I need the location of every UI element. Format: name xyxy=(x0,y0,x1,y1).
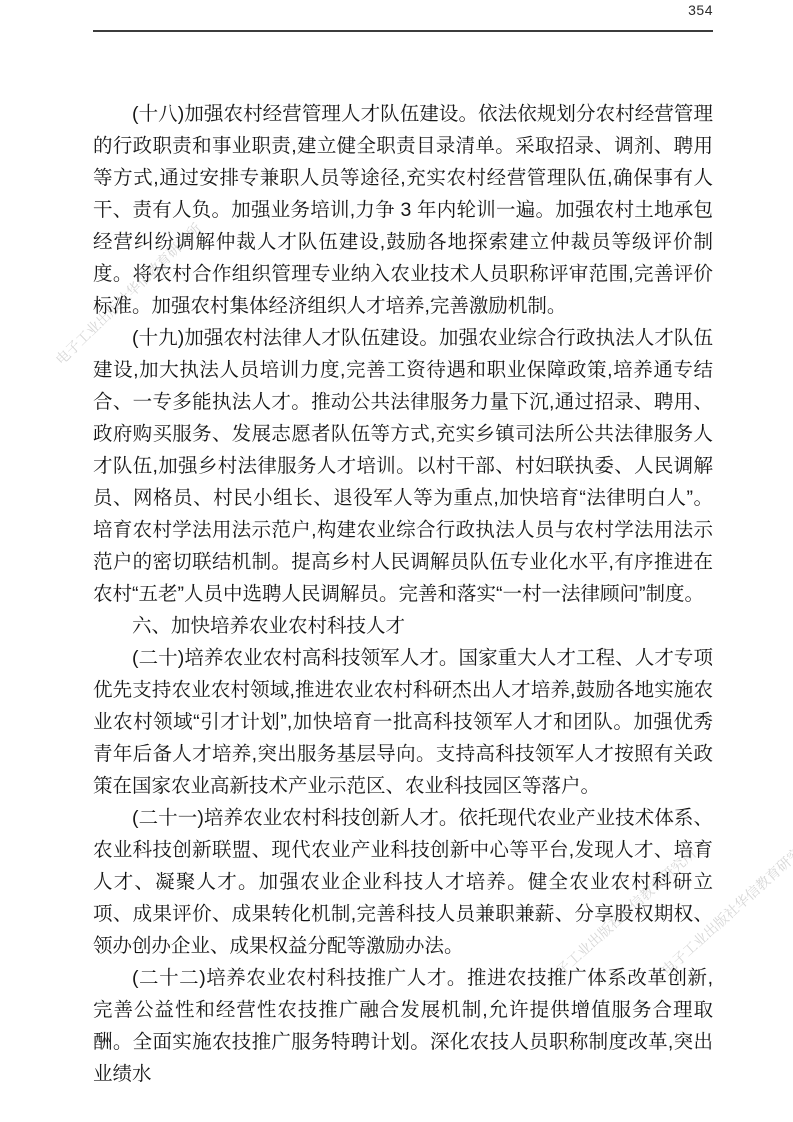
paragraph-18: (十八)加强农村经营管理人才队伍建设。依法依规划分农村经营管理的行政职责和事业职… xyxy=(93,98,713,322)
paragraph-22: (二十二)培养农业农村科技推广人才。推进农技推广体系改革创新,完善公益性和经营性… xyxy=(93,962,713,1090)
document-page: 354 电子工业出版社华信教育研究所 电子工业出版社华信教育研究所 电子工业出版… xyxy=(0,0,793,1122)
paragraph-19: (十九)加强农村法律人才队伍建设。加强农业综合行政执法人才队伍建设,加大执法人员… xyxy=(93,322,713,610)
page-number: 354 xyxy=(93,2,713,18)
paragraph-20: (二十)培养农业农村高科技领军人才。国家重大人才工程、人才专项优先支持农业农村领… xyxy=(93,642,713,802)
header-rule xyxy=(93,30,713,32)
section-heading: 六、加快培养农业农村科技人才 xyxy=(93,610,713,642)
paragraph-21: (二十一)培养农业农村科技创新人才。依托现代农业产业技术体系、农业科技创新联盟、… xyxy=(93,802,713,962)
document-body: (十八)加强农村经营管理人才队伍建设。依法依规划分农村经营管理的行政职责和事业职… xyxy=(93,98,713,1090)
